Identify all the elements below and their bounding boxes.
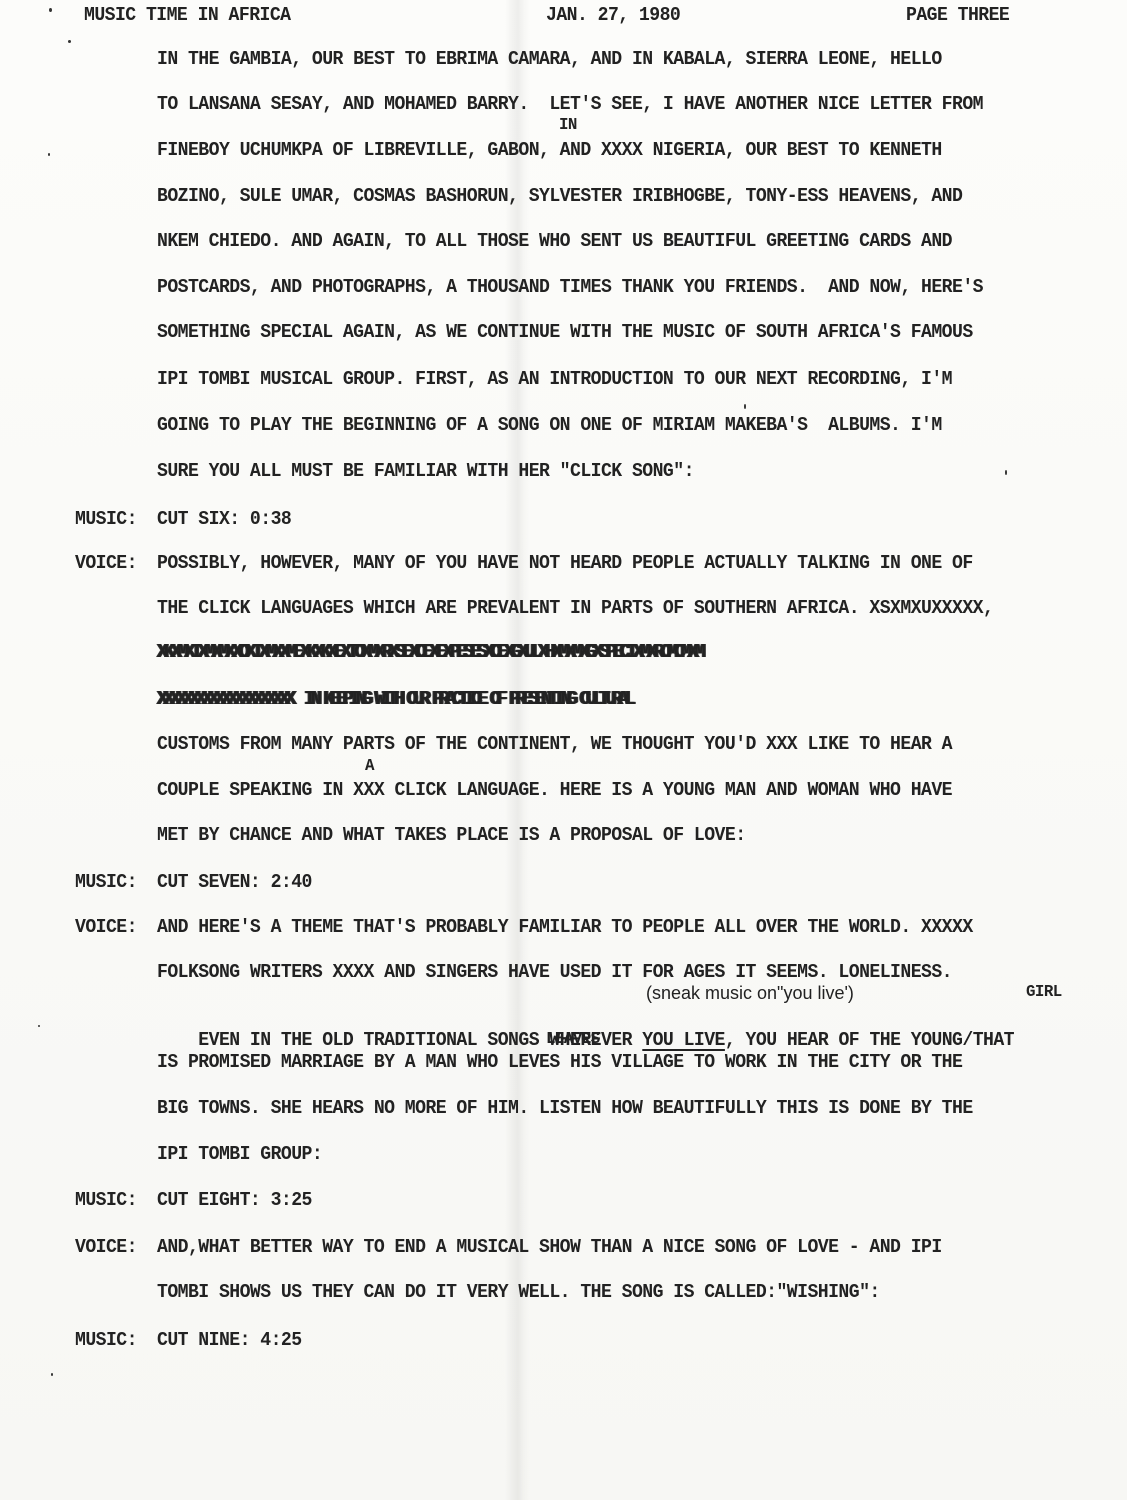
body-line: AND HERE'S A THEME THAT'S PROBABLY FAMIL… [157, 916, 973, 938]
body-text: , YOU HEAR OF THE YOUNG/THAT [725, 1029, 1014, 1051]
music-cue: CUT SIX: 0:38 [157, 508, 291, 530]
body-line: IPI TOMBI GROUP: [157, 1143, 322, 1165]
cue-label: VOICE: [75, 1236, 137, 1258]
broadcast-date: JAN. 27, 1980 [546, 4, 680, 26]
body-line: BOZINO, SULE UMAR, COSMAS BASHORUN, SYLV… [157, 185, 962, 207]
ink-speck [68, 40, 71, 43]
body-line: AND,WHAT BETTER WAY TO END A MUSICAL SHO… [157, 1236, 942, 1258]
body-line: IN THE GAMBIA, OUR BEST TO EBRIMA CAMARA… [157, 48, 942, 70]
ink-speck [48, 153, 50, 156]
body-line: FINEBOY UCHUMKPA OF LIBREVILLE, GABON, A… [157, 139, 942, 161]
body-line: TOMBI SHOWS US THEY CAN DO IT VERY WELL.… [157, 1281, 880, 1303]
underlined-phrase: YOU LIVE [642, 1029, 725, 1051]
body-line: IS PROMISED MARRIAGE BY A MAN WHO LEVES … [157, 1051, 962, 1073]
program-title: MUSIC TIME IN AFRICA [84, 4, 291, 26]
body-line: FOLKSONG WRITERS XXXX AND SINGERS HAVE U… [157, 961, 952, 983]
body-line: MET BY CHANCE AND WHAT TAKES PLACE IS A … [157, 824, 746, 846]
interlinear-insertion: LEAVES [546, 1030, 600, 1049]
cue-label: MUSIC: [75, 1189, 137, 1211]
body-line: THE CLICK LANGUAGES WHICH ARE PREVALENT … [157, 597, 993, 619]
ink-speck [744, 404, 746, 409]
ink-speck [51, 1373, 53, 1376]
typewritten-page: MUSIC TIME IN AFRICA JAN. 27, 1980 PAGE … [0, 0, 1127, 1500]
interlinear-insertion: IN [559, 116, 577, 135]
ink-speck [38, 1025, 40, 1027]
struck-out-line: XKXMXIXMXMXXOXIXMXXMEXKXKXEXTOXMXRXSEXCE… [157, 641, 701, 663]
ink-speck [49, 8, 52, 12]
interlinear-insertion: A [365, 757, 374, 776]
body-line: POSTCARDS, AND PHOTOGRAPHS, A THOUSAND T… [157, 276, 983, 298]
music-cue: CUT SEVEN: 2:40 [157, 871, 312, 893]
body-line: GOING TO PLAY THE BEGINNING OF A SONG ON… [157, 414, 942, 436]
struck-out-line: XXXXXXXXXXXXXXXXXXXXX IN KEEPING WITH OU… [157, 688, 631, 710]
music-cue: CUT EIGHT: 3:25 [157, 1189, 312, 1211]
cue-label: MUSIC: [75, 508, 137, 530]
body-line: COUPLE SPEAKING IN XXX CLICK LANGUAGE. H… [157, 779, 952, 801]
interlinear-insertion: GIRL [1026, 983, 1062, 1002]
music-cue: CUT NINE: 4:25 [157, 1329, 302, 1351]
ink-speck [1005, 470, 1007, 475]
body-line: CUSTOMS FROM MANY PARTS OF THE CONTINENT… [157, 733, 952, 755]
cue-label: VOICE: [75, 552, 137, 574]
body-line: POSSIBLY, HOWEVER, MANY OF YOU HAVE NOT … [157, 552, 973, 574]
body-line: SURE YOU ALL MUST BE FAMILIAR WITH HER "… [157, 460, 694, 482]
cue-label: VOICE: [75, 916, 137, 938]
cue-label: MUSIC: [75, 871, 137, 893]
cue-label: MUSIC: [75, 1329, 137, 1351]
body-line: SOMETHING SPECIAL AGAIN, AS WE CONTINUE … [157, 321, 973, 343]
body-line: IPI TOMBI MUSICAL GROUP. FIRST, AS AN IN… [157, 368, 952, 390]
body-line: NKEM CHIEDO. AND AGAIN, TO ALL THOSE WHO… [157, 230, 952, 252]
handwritten-cue-note: (sneak music on"you live') [646, 983, 854, 1004]
page-number: PAGE THREE [906, 4, 1009, 26]
body-line: BIG TOWNS. SHE HEARS NO MORE OF HIM. LIS… [157, 1097, 973, 1119]
body-line: TO LANSANA SESAY, AND MOHAMED BARRY. LET… [157, 93, 983, 115]
